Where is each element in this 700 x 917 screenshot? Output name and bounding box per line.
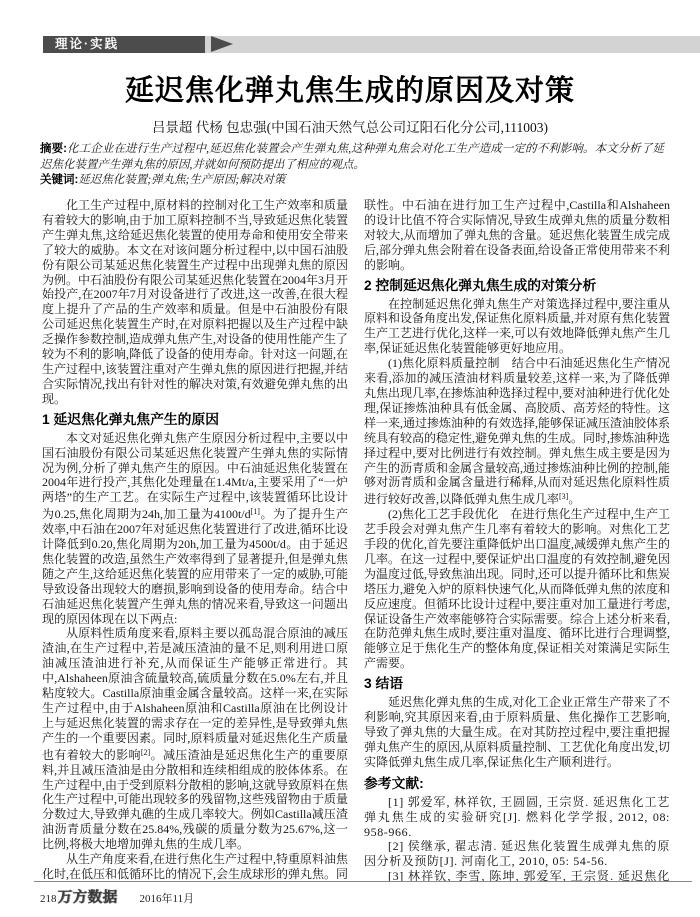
paragraph-intro: 化工生产过程中,原材料的控制对化工生产效率和质量有着较大的影响,由于加工原料控制… <box>42 198 348 407</box>
paragraph-production: 从生产角度来看,在进行焦化生产过程中,特重原料油焦化时,在低压和低循环比的情况下… <box>42 852 348 882</box>
section-badge-label: 理论·实践 <box>55 36 119 54</box>
paragraph-feedstock-text-cont: 。减压渣油是延迟焦化生产的重要原料,并且减压渣油是由分散相和连续相组成的胶体体系… <box>42 748 348 851</box>
footer: 218 万方数据 2016年11月 <box>40 886 194 907</box>
paragraph-causes-text-cont: 。为了提升生产效率,中石油在2007年对延迟焦化装置进行了改进,循环比设计降低到… <box>42 507 348 625</box>
abstract: 摘要:化工企业在进行生产过程中,延迟焦化装置会产生弹丸焦,这种弹丸焦会对化工生产… <box>40 142 664 173</box>
section-heading-3: 3 结语 <box>364 674 670 693</box>
page-number: 218 <box>40 893 57 905</box>
paragraph-conclusion: 延迟焦化弹丸焦的生成,对化工企业正常生产带来了不利影响,究其原因来看,由于原料质… <box>364 695 670 770</box>
abstract-block: 摘要:化工企业在进行生产过程中,延迟焦化装置会产生弹丸焦,这种弹丸焦会对化工生产… <box>40 142 664 189</box>
section-badge: 理论·实践 <box>43 36 205 53</box>
article-body: 化工生产过程中,原材料的控制对化工生产效率和质量有着较大的影响,由于加工原料控制… <box>42 198 670 882</box>
right-column: 联性。中石油在进行加工生产过程中,Castilla和Alshaheen的设计比值… <box>364 198 670 882</box>
keywords-label: 关键词: <box>40 174 78 186</box>
section-heading-1: 1 延迟焦化弹丸焦产生的原因 <box>42 410 348 429</box>
authors-line: 吕景超 代杨 包忠强(中国石油天然气总公司辽阳石化分公司,111003) <box>0 116 700 136</box>
paragraph-measure-1: (1)焦化原料质量控制 结合中石油延迟焦化生产情况来看,添加的减压渣油材料质量较… <box>364 356 670 507</box>
footer-divider <box>34 881 692 882</box>
paragraph-countermeasure-intro: 在控制延迟焦化弹丸焦生产对策选择过程中,要注重从原料和设备角度出发,保证焦化原料… <box>364 297 670 357</box>
wanfang-watermark: 万方数据 <box>58 886 118 907</box>
paragraph-causes: 本文对延迟焦化弹丸焦产生原因分析过程中,主要以中国石油股份有限公司某延迟焦化装置… <box>42 431 348 627</box>
keywords-text: 延迟焦化装置;弹丸焦;生产原因;解决对策 <box>78 174 285 186</box>
paragraph-feedstock: 从原料性质角度来看,原料主要以孤岛混合原油的减压渣油,在生产过程中,若是减压渣油… <box>42 626 348 852</box>
issue-date: 2016年11月 <box>140 890 195 906</box>
header-band: 理论·实践 <box>43 36 700 53</box>
paragraph-measure-2: (2)焦化工艺手段优化 在进行焦化生产过程中,生产工艺手段会对弹丸焦产生几率有着… <box>364 507 670 671</box>
citation-superscript-2: [2] <box>141 748 150 757</box>
keywords: 关键词:延迟焦化装置;弹丸焦;生产原因;解决对策 <box>40 173 664 189</box>
citation-superscript-1: [1] <box>251 507 260 516</box>
references-heading: 参考文献: <box>364 774 670 793</box>
paragraph-measure-1-end: 。 <box>568 492 580 506</box>
reference-item-2: [2] 侯继承, 翟志清. 延迟焦化装置生成弹丸焦的原因分析及预防[J]. 河南… <box>364 839 670 869</box>
citation-superscript-3: [3] <box>559 492 568 501</box>
left-column: 化工生产过程中,原材料的控制对化工生产效率和质量有着较大的影响,由于加工原料控制… <box>42 198 348 882</box>
paragraph-measure-1-text: (1)焦化原料质量控制 结合中石油延迟焦化生产情况来看,添加的减压渣油材料质量较… <box>364 356 670 506</box>
section-heading-2: 2 控制延迟焦化弹丸焦生成的对策分析 <box>364 276 670 295</box>
paragraph-feedstock-text: 从原料性质角度来看,原料主要以孤岛混合原油的减压渣油,在生产过程中,若是减压渣油… <box>42 626 348 761</box>
journal-page: 理论·实践 延迟焦化弹丸焦生成的原因及对策 吕景超 代杨 包忠强(中国石油天然气… <box>0 0 700 917</box>
abstract-label: 摘要: <box>40 143 67 155</box>
page-title: 延迟焦化弹丸焦生成的原因及对策 <box>0 68 700 109</box>
abstract-text: 化工企业在进行生产过程中,延迟焦化装置会产生弹丸焦,这种弹丸焦会对化工生产造成一… <box>40 143 664 171</box>
paragraph-continuation: 联性。中石油在进行加工生产过程中,Castilla和Alshaheen的设计比值… <box>364 198 670 273</box>
chevron-right-icon <box>211 36 233 52</box>
reference-item-1: [1] 郭爱军, 林祥钦, 王圆圆, 王宗贤. 延迟焦化工艺弹丸焦生成的实验研究… <box>364 795 670 840</box>
